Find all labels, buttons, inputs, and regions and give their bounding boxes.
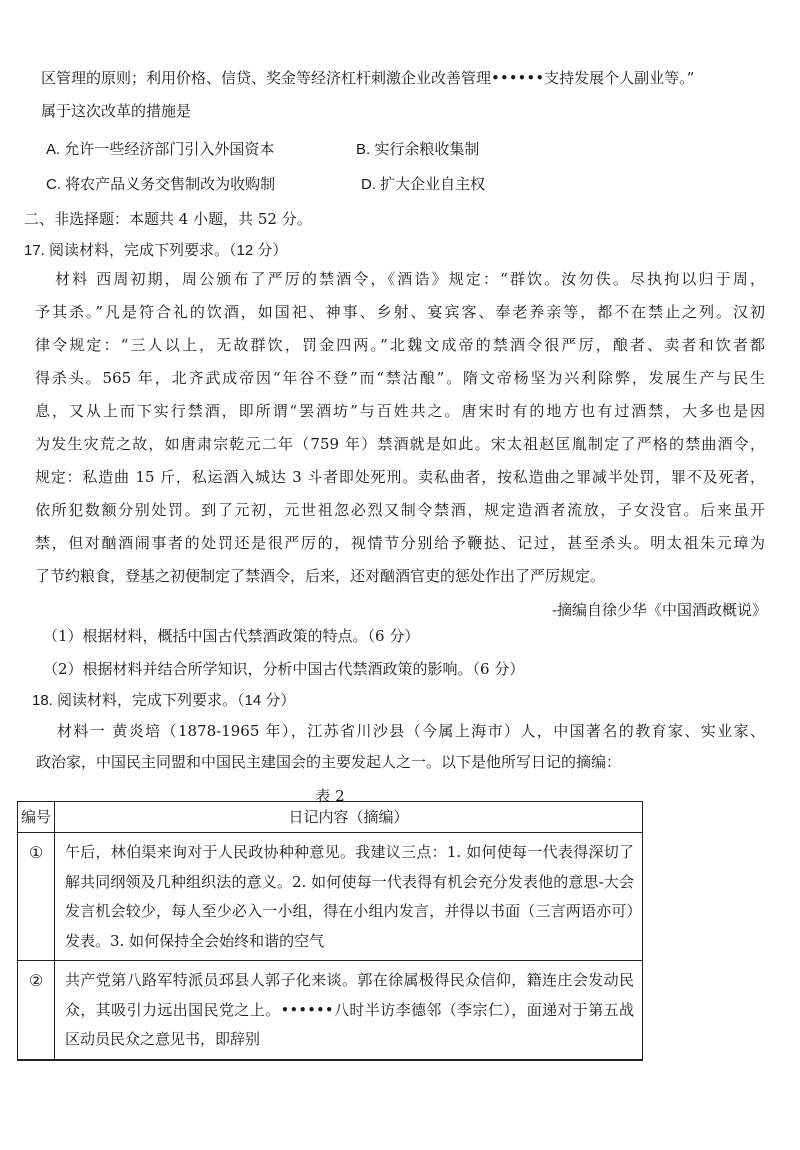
q17-title: 17. 阅读材料，完成下列要求。（12 分） [24,241,287,261]
row-content: 午后，林伯渠来询对于人民政协种种意见。我建议三点：1. 如何使每一代表得深切了解… [55,833,642,960]
option-label: C. [46,176,61,193]
q17-source-citation: -摘编自徐少华《中国酒政概说》 [552,600,767,620]
header-cell-number: 编号 [18,802,55,833]
q17-material-line-4: 得杀头。565 年，北齐武成帝因“年谷不登”而“禁沽酿”。隋文帝杨坚为兴利除弊，… [35,368,765,388]
table-header-row: 编号 日记内容（摘编） [18,802,643,833]
table-row: ② 共产党第八路军特派员邳县人郭子化来谈。郭在徐属极得民众信仰，籍连庄会发动民众… [18,961,643,1061]
option-text: 实行余粮收集制 [374,141,479,158]
table-row: ① 午后，林伯渠来询对于人民政协种种意见。我建议三点：1. 如何使每一代表得深切… [18,833,643,961]
header-cell-content: 日记内容（摘编） [55,802,643,833]
q17-material-line-2: 予其杀。”凡是符合礼的饮酒，如国祀、神事、乡射、宴宾客、奉老养亲等，都不在禁止之… [35,302,765,322]
row-content: 共产党第八路军特派员邳县人郭子化来谈。郭在徐属极得民众信仰，籍连庄会发动民众，其… [55,961,642,1059]
q16-option-b[interactable]: B. 实行余粮收集制 [356,140,479,160]
row-number: ② [18,961,54,995]
option-label: D. [361,176,376,193]
q17-sub-question-1: （1）根据材料，概括中国古代禁酒政策的特点。（6 分） [43,626,419,646]
q17-material-line-5: 息，又从上而下实行禁酒，即所谓“罢酒坊”与百姓共之。唐宋时有的地方也有过酒禁，大… [35,401,765,421]
section-heading: 二、非选择题：本题共 4 小题，共 52 分。 [24,209,312,229]
q18-material-line-1: 材料一 黄炎培（1878-1965 年），江苏省川沙县（今属上海市）人，中国著名… [57,721,765,741]
q16-text-line-2: 属于这次改革的措施是 [41,101,191,121]
q17-material-line-6: 为发生灾荒之故，如唐肃宗乾元二年（759 年）禁酒就是如此。宋太祖赵匡胤制定了严… [35,434,765,454]
option-text: 将农产品义务交售制改为收购制 [65,176,275,193]
diary-table: 编号 日记内容（摘编） ① 午后，林伯渠来询对于人民政协种种意见。我建议三点：1… [17,801,643,1061]
option-text: 允许一些经济部门引入外国资本 [64,141,274,158]
q17-material-line-7: 规定：私造曲 15 斤，私运酒入城达 3 斗者即处死刑。卖私曲者，按私造曲之罪减… [35,467,765,487]
q18-title: 18. 阅读材料，完成下列要求。（14 分） [32,691,295,711]
q17-sub-question-2: （2）根据材料并结合所学知识，分析中国古代禁酒政策的影响。（6 分） [43,659,524,679]
q16-text-line-1: 区管理的原则；利用价格、信贷、奖金等经济杠杆刺激企业改善管理••••••支持发展… [41,68,761,88]
option-text: 扩大企业自主权 [380,176,485,193]
q17-material-line-1: 材料 西周初期，周公颁布了严厉的禁酒令，《酒诰》规定：“群饮。汝勿佚。尽执拘以归… [55,269,765,289]
q16-option-d[interactable]: D. 扩大企业自主权 [361,175,485,195]
q17-material-line-8: 依所犯数额分别处罚。到了元初，元世祖忽必烈又制令禁酒，规定造酒者流放，子女没官。… [35,500,765,520]
option-label: A. [46,141,60,158]
q17-material-line-9: 禁，但对酗酒闹事者的处罚还是很严厉的，视情节分别给予鞭挞、记过，甚至杀头。明太祖… [35,533,765,553]
option-label: B. [356,141,370,158]
q17-material-line-3: 律令规定：“三人以上，无故群饮，罚金四两。”北魏文成帝的禁酒令很严厉，酿者、卖者… [35,335,765,355]
q18-material-line-2: 政治家，中国民主同盟和中国民主建国会的主要发起人之一。以下是他所写日记的摘编： [36,752,621,772]
q16-option-a[interactable]: A. 允许一些经济部门引入外国资本 [46,140,274,160]
row-number: ① [18,833,54,867]
q17-material-line-10: 了节约粮食，登基之初便制定了禁酒令，后来，还对酗酒官吏的惩处作出了严厉规定。 [35,566,605,586]
q16-option-c[interactable]: C. 将农产品义务交售制改为收购制 [46,175,275,195]
